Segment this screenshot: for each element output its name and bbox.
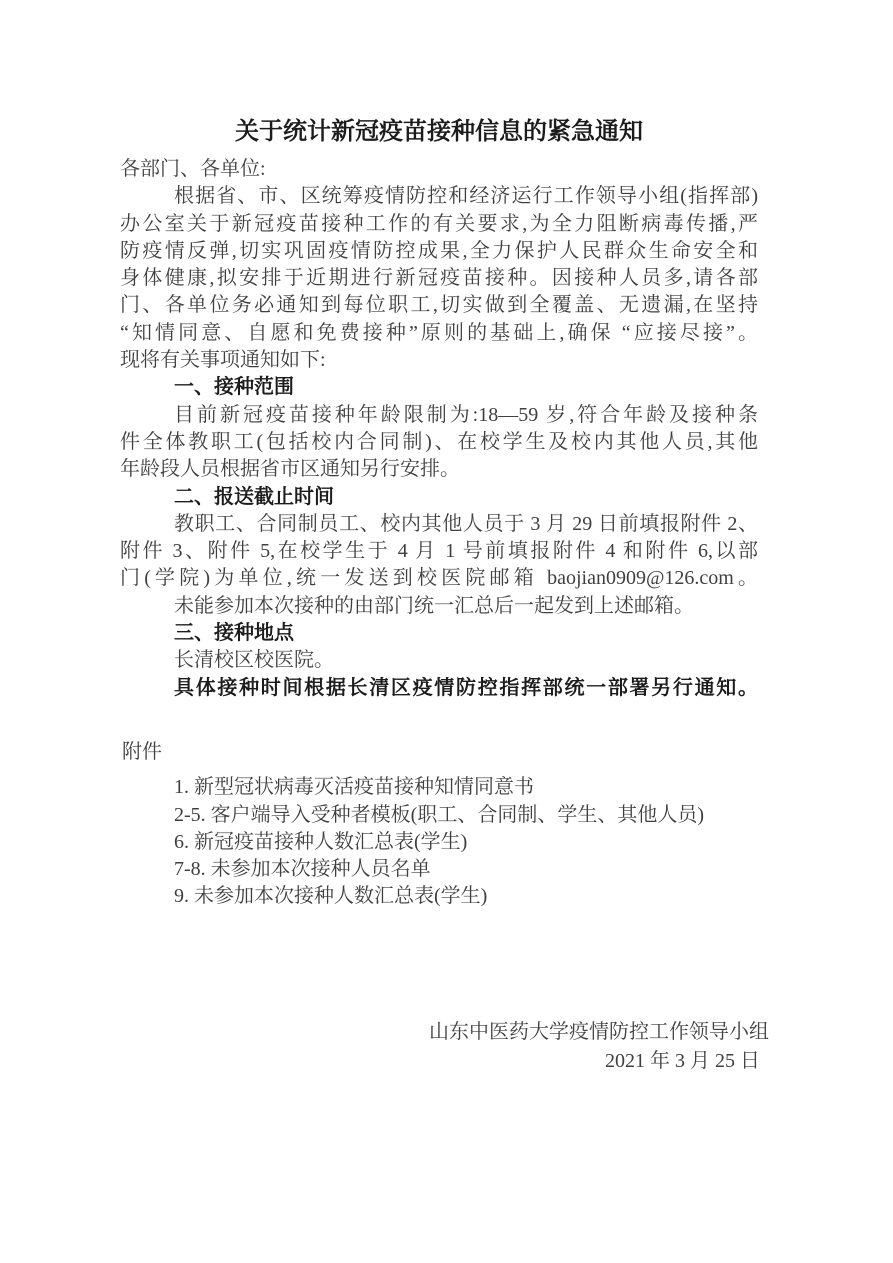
section-heading: 二、报送截止时间 [120,484,758,511]
body-line: 附件 3、附件 5,在校学生于 4 月 1 号前填报附件 4 和附件 6,以部 [120,538,758,565]
notice-document: 关于统计新冠疫苗接种信息的紧急通知 各部门、各单位: 根据省、市、区统筹疫情防控… [120,0,758,1076]
emphasis-line: 具体接种时间根据长清区疫情防控指挥部统一部署另行通知。 [120,675,758,702]
body-line: 未能参加本次接种的由部门统一汇总后一起发到上述邮箱。 [120,593,758,620]
body-line: 长清校区校医院。 [120,647,758,674]
attachment-item: 1. 新型冠状病毒灭活疫苗接种知情同意书 [120,774,758,801]
attachment-item: 2-5. 客户端导入受种者模板(职工、合同制、学生、其他人员) [120,802,758,829]
document-page: 关于统计新冠疫苗接种信息的紧急通知 各部门、各单位: 根据省、市、区统筹疫情防控… [0,0,893,1263]
signature-date: 2021 年 3 月 25 日 [120,1047,760,1076]
body-line: 件全体教职工(包括校内合同制)、在校学生及校内其他人员,其他 [120,429,758,456]
attachment-item: 6. 新冠疫苗接种人数汇总表(学生) [120,829,758,856]
document-title: 关于统计新冠疫苗接种信息的紧急通知 [120,118,758,146]
attachment-item: 7-8. 未参加本次接种人员名单 [120,856,758,883]
section-heading: 一、接种范围 [120,374,758,401]
signature-organization: 山东中医药大学疫情防控工作领导小组 [120,1018,769,1047]
body-line: 根据省、市、区统筹疫情防控和经济运行工作领导小组(指挥部) [120,183,758,210]
body-line: 目前新冠疫苗接种年龄限制为:18—59 岁,符合年龄及接种条 [120,402,758,429]
body-line: 年龄段人员根据省市区通知另行安排。 [120,456,758,483]
attachments-label: 附件 [120,739,758,766]
attachment-item: 9. 未参加本次接种人数汇总表(学生) [120,883,758,910]
body-line: 现将有关事项通知如下: [120,347,758,374]
body-line: “知情同意、自愿和免费接种”原则的基础上,确保 “应接尽接”。 [120,320,758,347]
body-line: 教职工、合同制员工、校内其他人员于 3 月 29 日前填报附件 2、 [120,511,758,538]
body-line: 门、各单位务必通知到每位职工,切实做到全覆盖、无遗漏,在坚持 [120,292,758,319]
body-line: 办公室关于新冠疫苗接种工作的有关要求,为全力阻断病毒传播,严 [120,211,758,238]
salutation-line: 各部门、各单位: [120,156,758,183]
document-body: 各部门、各单位: 根据省、市、区统筹疫情防控和经济运行工作领导小组(指挥部) 办… [120,156,758,702]
section-heading: 三、接种地点 [120,620,758,647]
body-line: 门(学院)为单位,统一发送到校医院邮箱 baojian0909@126.com。 [120,565,758,592]
body-line: 防疫情反弹,切实巩固疫情防控成果,全力保护人民群众生命安全和 [120,238,758,265]
attachments-list: 1. 新型冠状病毒灭活疫苗接种知情同意书 2-5. 客户端导入受种者模板(职工、… [120,774,758,910]
signature-block: 山东中医药大学疫情防控工作领导小组 2021 年 3 月 25 日 [120,1018,758,1076]
body-line: 身体健康,拟安排于近期进行新冠疫苗接种。因接种人员多,请各部 [120,265,758,292]
